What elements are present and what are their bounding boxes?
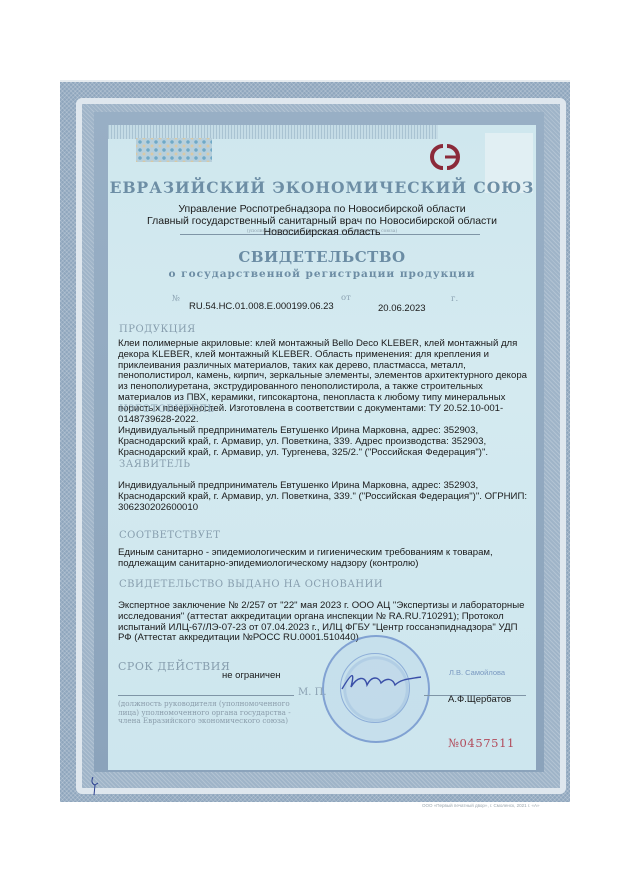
- serial-number: №0457511: [448, 736, 515, 750]
- certificate-number: RU.54.НС.01.008.Е.000199.06.23: [189, 301, 334, 312]
- manufacturer-text: Индивидуальный предприниматель Евтушенко…: [118, 426, 528, 458]
- eaeu-logo-icon: [425, 142, 469, 172]
- handwritten-mark: [90, 775, 100, 797]
- conforms-heading: СООТВЕТСТВУЕТ: [119, 530, 220, 541]
- hologram-icon: [136, 138, 212, 162]
- validity-value: не ограничен: [222, 670, 281, 681]
- number-label: №: [172, 294, 180, 304]
- conforms-text: Единым санитарно - эпидемиологическим и …: [118, 548, 528, 570]
- signer-name: А.Ф.Щербатов: [448, 694, 511, 705]
- product-heading: ПРОДУКЦИЯ: [119, 324, 196, 335]
- applicant-text: Индивидуальный предприниматель Евтушенко…: [118, 481, 528, 513]
- basis-text: Экспертное заключение № 2/257 от "22" ма…: [118, 601, 528, 644]
- manufacturer-heading: ИЗГОТОВИТЕЛЬ: [119, 404, 215, 415]
- validity-heading: СРОК ДЕЙСТВИЯ: [118, 660, 230, 673]
- certificate-subtitle: о государственной регистрации продукции: [108, 268, 536, 280]
- security-strip: [108, 125, 438, 139]
- certificate-date: 20.06.2023: [378, 303, 426, 314]
- printer-imprint: ООО «Первый печатный двор», г. Смоленск,…: [422, 803, 539, 808]
- position-caption: (должность руководителя (уполномоченного…: [118, 700, 296, 726]
- date-label: от: [341, 293, 351, 303]
- basis-heading: СВИДЕТЕЛЬСТВО ВЫДАНО НА ОСНОВАНИИ: [119, 579, 383, 590]
- authority-region: Новосибирская область: [108, 226, 536, 238]
- signer-top-name: Л.В. Самойлова: [449, 668, 505, 677]
- union-name: ЕВРАЗИЙСКИЙ ЭКОНОМИЧЕСКИЙ СОЮЗ: [108, 178, 536, 197]
- position-underline: [118, 695, 294, 696]
- authority-line-1: Управление Роспотребнадзора по Новосибир…: [108, 203, 536, 215]
- applicant-heading: ЗАЯВИТЕЛЬ: [119, 459, 191, 470]
- year-suffix: г.: [451, 294, 458, 304]
- stamp-label: М. П.: [298, 687, 327, 698]
- certificate-title: СВИДЕТЕЛЬСТВО: [108, 248, 536, 266]
- signature-mark: [337, 667, 427, 695]
